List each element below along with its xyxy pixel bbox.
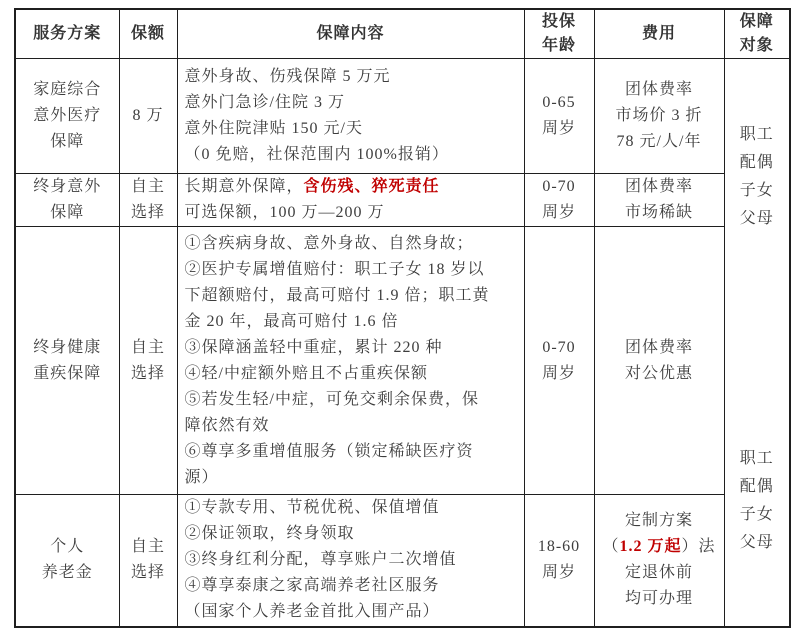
text-line: 团体费率 bbox=[600, 77, 719, 103]
text-line: ②保证领取，终身领取 bbox=[185, 521, 520, 547]
text-line: 选择 bbox=[120, 560, 177, 586]
text-line: 自主 bbox=[120, 335, 177, 361]
text-line: 市场稀缺 bbox=[600, 200, 719, 226]
text-line: 终身意外 bbox=[16, 174, 119, 200]
text-line: 个人 bbox=[16, 534, 119, 560]
text-line: ④轻/中症额外赔且不占重疾保额 bbox=[185, 361, 520, 387]
fee-cell: 团体费率市场稀缺 bbox=[594, 174, 724, 227]
text-line: 团体费率 bbox=[600, 335, 719, 361]
text-line: 周岁 bbox=[525, 200, 594, 226]
header-cell-coverage-content: 保障内容 bbox=[177, 9, 524, 59]
content-line: 长期意外保障，含伤残、猝死责任 bbox=[185, 174, 520, 200]
fee-cell: 团体费率市场价 3 折78 元/人/年 bbox=[594, 59, 724, 174]
text-line: 重疾保障 bbox=[16, 361, 119, 387]
text-line: ①含疾病身故、意外身故、自然身故； bbox=[185, 231, 520, 257]
header-cell-service-plan: 服务方案 bbox=[15, 9, 119, 59]
red-highlight-text: 1.2 万起 bbox=[619, 538, 681, 555]
coverage-target-cell: 职工配偶子女父母 职工配偶子女父母 bbox=[724, 59, 790, 627]
insured-age-cell: 0-65周岁 bbox=[524, 59, 594, 174]
text-line: 终身健康 bbox=[16, 335, 119, 361]
coverage-amount-cell: 自主选择 bbox=[119, 174, 177, 227]
text-line: 年龄 bbox=[525, 34, 594, 58]
text-line: （0 免赔，社保范围内 100%报销） bbox=[185, 142, 520, 168]
text-line: 0-65 bbox=[525, 90, 594, 116]
target-group-upper: 职工配偶子女父母 bbox=[725, 121, 790, 233]
text-line: 0-70 bbox=[525, 335, 594, 361]
text-line: 源） bbox=[185, 465, 520, 491]
text-line: 父母 bbox=[725, 205, 790, 233]
text-line: ③保障涵盖轻中重症，累计 220 种 bbox=[185, 335, 520, 361]
fee-line: 均可办理 bbox=[600, 586, 719, 612]
header-cell-fee: 费用 bbox=[594, 9, 724, 59]
table-row-family-accident-medical: 家庭综合意外医疗保障 8 万 意外身故、伤残保障 5 万元意外门急诊/住院 3 … bbox=[15, 59, 790, 174]
insured-age-cell: 18-60周岁 bbox=[524, 495, 594, 627]
text-line: 意外医疗 bbox=[16, 103, 119, 129]
insured-age-cell: 0-70周岁 bbox=[524, 174, 594, 227]
text-line: 周岁 bbox=[525, 560, 594, 586]
content-text: 长期意外保障， bbox=[185, 178, 304, 195]
coverage-amount-cell: 自主选择 bbox=[119, 495, 177, 627]
fee-cell: 团体费率对公优惠 bbox=[594, 227, 724, 495]
target-group-lower: 职工配偶子女父母 bbox=[725, 445, 790, 557]
text-line: 意外身故、伤残保障 5 万元 bbox=[185, 64, 520, 90]
fee-line: 定制方案 bbox=[600, 508, 719, 534]
text-line: 子女 bbox=[725, 177, 790, 205]
text-line: 选择 bbox=[120, 361, 177, 387]
red-highlight-text: 含伤残、猝死责任 bbox=[304, 178, 440, 195]
text-line: 家庭综合 bbox=[16, 77, 119, 103]
coverage-content-cell: ①含疾病身故、意外身故、自然身故；②医护专属增值赔付：职工子女 18 岁以下超额… bbox=[177, 227, 524, 495]
text-line: 周岁 bbox=[525, 361, 594, 387]
header-cell-coverage-amount: 保额 bbox=[119, 9, 177, 59]
text-line: 对象 bbox=[725, 34, 790, 58]
text-line: 保障 bbox=[16, 129, 119, 155]
text-line: ①专款专用、节税优税、保值增值 bbox=[185, 495, 520, 521]
coverage-amount-cell: 8 万 bbox=[119, 59, 177, 174]
plan-name-cell: 个人养老金 bbox=[15, 495, 119, 627]
text-line: 父母 bbox=[725, 529, 790, 557]
text-line: 对公优惠 bbox=[600, 361, 719, 387]
text-line: 职工 bbox=[725, 121, 790, 149]
text-line: ③终身红利分配，尊享账户二次增值 bbox=[185, 547, 520, 573]
text-line: 团体费率 bbox=[600, 174, 719, 200]
table-row-lifetime-critical-illness: 终身健康重疾保障 自主选择 ①含疾病身故、意外身故、自然身故；②医护专属增值赔付… bbox=[15, 227, 790, 495]
coverage-amount-cell: 自主选择 bbox=[119, 227, 177, 495]
text-line: ②医护专属增值赔付：职工子女 18 岁以 bbox=[185, 257, 520, 283]
text-line: （国家个人养老金首批入围产品） bbox=[185, 599, 520, 625]
text-line: 子女 bbox=[725, 501, 790, 529]
text-line: 0-70 bbox=[525, 174, 594, 200]
content-line: 可选保额，100 万—200 万 bbox=[185, 200, 520, 226]
fee-text: ）法 bbox=[682, 538, 716, 555]
text-line: 配偶 bbox=[725, 473, 790, 501]
text-line: 选择 bbox=[120, 200, 177, 226]
header-cell-insured-age: 投保年龄 bbox=[524, 9, 594, 59]
text-line: 8 万 bbox=[120, 103, 177, 129]
text-line: 配偶 bbox=[725, 149, 790, 177]
text-line: 自主 bbox=[120, 534, 177, 560]
insurance-plan-table: 服务方案 保额 保障内容 投保年龄 费用 保障对象 家庭综合意外医疗保障 8 万… bbox=[14, 8, 791, 628]
text-line: 障依然有效 bbox=[185, 413, 520, 439]
coverage-target-content: 职工配偶子女父母 职工配偶子女父母 bbox=[725, 121, 790, 557]
coverage-content-cell: 意外身故、伤残保障 5 万元意外门急诊/住院 3 万意外住院津贴 150 元/天… bbox=[177, 59, 524, 174]
plan-name-cell: 终身健康重疾保障 bbox=[15, 227, 119, 495]
text-line: ⑥尊享多重增值服务（锁定稀缺医疗资 bbox=[185, 439, 520, 465]
text-line: 金 20 年，最高可赔付 1.6 倍 bbox=[185, 309, 520, 335]
fee-line: 定退休前 bbox=[600, 560, 719, 586]
text-line: 养老金 bbox=[16, 560, 119, 586]
text-line: 下超额赔付，最高可赔付 1.9 倍；职工黄 bbox=[185, 283, 520, 309]
text-line: 市场价 3 折 bbox=[600, 103, 719, 129]
text-line: 自主 bbox=[120, 174, 177, 200]
plan-name-cell: 家庭综合意外医疗保障 bbox=[15, 59, 119, 174]
text-line: 意外住院津贴 150 元/天 bbox=[185, 116, 520, 142]
table-row-lifetime-accident: 终身意外保障 自主选择 长期意外保障，含伤残、猝死责任 可选保额，100 万—2… bbox=[15, 174, 790, 227]
fee-text: （ bbox=[602, 538, 619, 555]
table-header-row: 服务方案 保额 保障内容 投保年龄 费用 保障对象 bbox=[15, 9, 790, 59]
fee-line: （1.2 万起）法 bbox=[600, 534, 719, 560]
document-page: 服务方案 保额 保障内容 投保年龄 费用 保障对象 家庭综合意外医疗保障 8 万… bbox=[0, 0, 795, 631]
text-line: 周岁 bbox=[525, 116, 594, 142]
header-cell-coverage-target: 保障对象 bbox=[724, 9, 790, 59]
table-row-personal-pension: 个人养老金 自主选择 ①专款专用、节税优税、保值增值②保证领取，终身领取③终身红… bbox=[15, 495, 790, 627]
text-line: 职工 bbox=[725, 445, 790, 473]
plan-name-cell: 终身意外保障 bbox=[15, 174, 119, 227]
text-line: 投保 bbox=[525, 10, 594, 34]
text-line: 意外门急诊/住院 3 万 bbox=[185, 90, 520, 116]
text-line: ④尊享泰康之家高端养老社区服务 bbox=[185, 573, 520, 599]
text-line: 18-60 bbox=[525, 534, 594, 560]
text-line: 保障 bbox=[725, 10, 790, 34]
coverage-content-cell: ①专款专用、节税优税、保值增值②保证领取，终身领取③终身红利分配，尊享账户二次增… bbox=[177, 495, 524, 627]
insured-age-cell: 0-70周岁 bbox=[524, 227, 594, 495]
fee-cell: 定制方案 （1.2 万起）法 定退休前 均可办理 bbox=[594, 495, 724, 627]
text-line: 78 元/人/年 bbox=[600, 129, 719, 155]
text-line: 保障 bbox=[16, 200, 119, 226]
coverage-content-cell: 长期意外保障，含伤残、猝死责任 可选保额，100 万—200 万 bbox=[177, 174, 524, 227]
text-line: ⑤若发生轻/中症，可免交剩余保费，保 bbox=[185, 387, 520, 413]
